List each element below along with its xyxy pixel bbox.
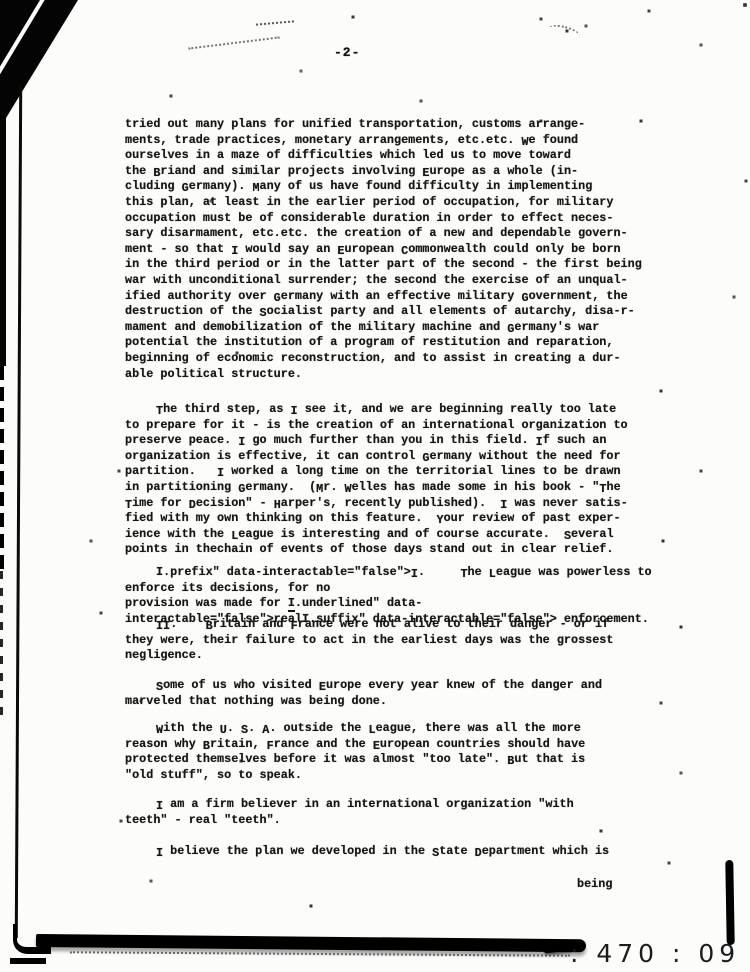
left-scan-edge-bar-lower: [0, 366, 4, 571]
pencil-squiggle: [547, 22, 581, 41]
page-edge-line: [15, 86, 22, 938]
bottom-scan-band: [36, 934, 586, 952]
numbered-point-2: II. Britain and France were not alive to…: [125, 617, 657, 664]
corner-fold-artifact: [0, 0, 82, 120]
scanned-document-page: -2- tried out many plans for unified tra…: [0, 0, 750, 972]
body-paragraph-6: I believe the plan we developed in the S…: [125, 844, 657, 860]
right-edge-ink-mark: [725, 860, 734, 945]
body-paragraph-5: I am a firm believer in an international…: [125, 797, 657, 828]
catchword-being: being: [577, 877, 612, 893]
bottom-scan-band-fuzz: [70, 951, 570, 956]
pencil-squiggle: [256, 20, 294, 25]
left-scan-edge-bar: [0, 110, 6, 366]
body-paragraph-1: tried out many plans for unified transpo…: [125, 117, 657, 382]
bottom-left-ink-dash: [10, 958, 46, 964]
body-paragraph-2: The third step, as I see it, and we are …: [125, 402, 657, 558]
left-scan-edge-bar-dashes: [0, 571, 3, 721]
body-paragraph-4: With the U. S. A. outside the League, th…: [125, 721, 657, 783]
scan-noise-speckles: [0, 0, 2, 2]
point-1-text: I: [156, 565, 163, 579]
body-paragraph-3: Some of us who visited Europe every year…: [125, 678, 657, 709]
page-number: -2-: [334, 46, 360, 60]
handwritten-archive-number: : 470 : 09: [570, 941, 740, 967]
pencil-squiggle: [188, 36, 280, 49]
point-1-underlined-word: I: [288, 596, 295, 612]
